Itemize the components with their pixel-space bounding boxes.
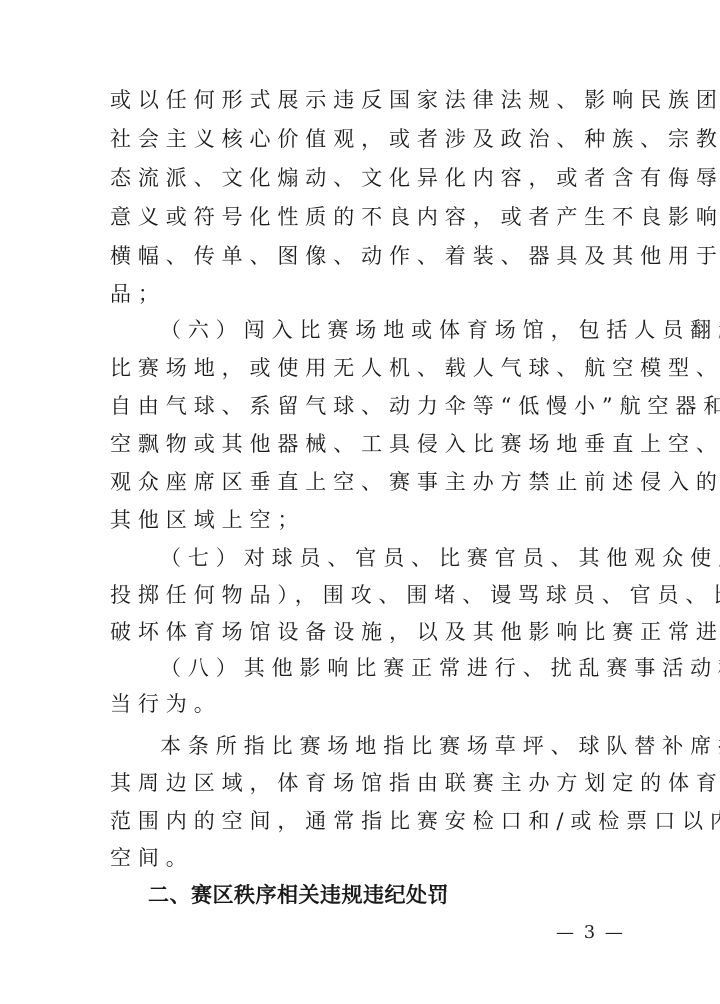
body-line-21: 空间。 — [110, 843, 620, 873]
clause-6-first-line: （六）闯入比赛场地或体育场馆，包括人员翻越、闯入 — [160, 315, 670, 345]
body-line-10: 空飘物或其他器械、工具侵入比赛场地垂直上空、体育场馆 — [110, 429, 620, 459]
body-line-17: 当行为。 — [110, 689, 620, 719]
body-line-11: 观众座席区垂直上空、赛事主办方禁止前述侵入的体育场馆 — [110, 467, 620, 497]
body-line-2: 社会主义核心价值观，或者涉及政治、种族、宗教、意识形 — [110, 124, 620, 154]
document-page: 或以任何形式展示违反国家法律法规、影响民族团结、违背 社会主义核心价值观，或者涉… — [0, 0, 720, 1004]
body-line-6: 品； — [110, 279, 620, 309]
clause-7-first-line: （七）对球员、官员、比赛官员、其他观众使用暴力（含 — [160, 543, 670, 573]
section-heading: 二、赛区秩序相关违规违纪处罚 — [148, 880, 449, 910]
body-line-20: 范围内的空间，通常指比赛安检口和/或检票口以内的所有 — [110, 806, 620, 836]
body-line-8: 比赛场地，或使用无人机、载人气球、航空模型、无人驾驶 — [110, 353, 620, 383]
body-line-3: 态流派、文化煽动、文化异化内容，或者含有侮辱性、影射 — [110, 163, 620, 193]
body-line-15: 破坏体育场馆设备设施，以及其他影响比赛正常进行的行为； — [110, 617, 620, 647]
body-line-19: 其周边区域，体育场馆指由联赛主办方划定的体育场控制区 — [110, 768, 620, 798]
page-number: — 3 — — [556, 920, 625, 946]
body-line-5: 横幅、传单、图像、动作、着装、器具及其他用于展示的物 — [110, 241, 620, 271]
body-line-14: 投掷任何物品），围攻、围堵、谩骂球员、官员、比赛官员， — [110, 580, 620, 610]
clause-8-first-line: （八）其他影响比赛正常进行、扰乱赛事活动秩序的不 — [160, 653, 670, 683]
body-line-12: 其他区域上空； — [110, 505, 620, 535]
body-line-1: 或以任何形式展示违反国家法律法规、影响民族团结、违背 — [110, 85, 620, 115]
body-line-4: 意义或符号化性质的不良内容，或者产生不良影响的标语、 — [110, 202, 620, 232]
definition-paragraph-first-line: 本条所指比赛场地指比赛场草坪、球队替补席技术区及 — [160, 731, 670, 761]
body-line-9: 自由气球、系留气球、动力伞等“低慢小”航空器和风筝等 — [110, 391, 620, 421]
